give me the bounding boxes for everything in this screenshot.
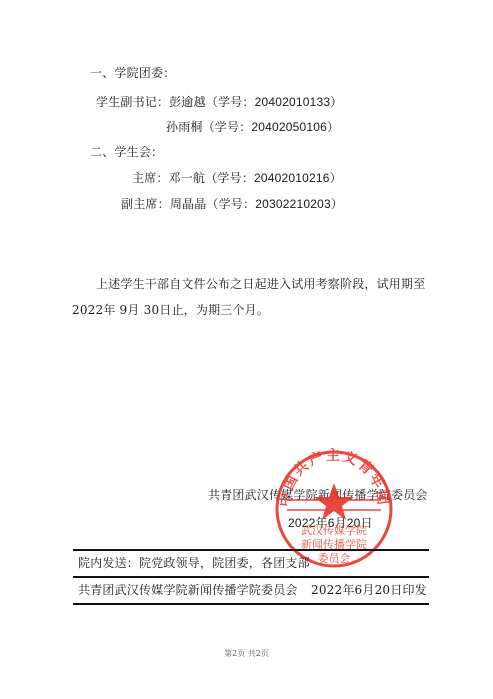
entry-name: 彭逾越 <box>169 95 206 109</box>
entry-vice-president: 副主席：周晶晶（学号：20302210203） <box>121 197 343 211</box>
entry-close: ） <box>330 171 342 185</box>
distribution-issuer: 共青团武汉传媒学院新闻传播学院委员会 <box>78 583 298 597</box>
divider-bottom <box>73 603 429 605</box>
entry-deputy-secretary: 学生副书记：彭逾越（学号：20402010133） <box>96 95 342 109</box>
divider-top <box>73 549 429 551</box>
section-heading-college-league: 一、学院团委： <box>90 66 175 80</box>
seal-line-1: 武汉传媒学院 <box>301 523 367 537</box>
entry-deputy-secretary-2: 孙雨桐（学号：20402050106） <box>166 120 339 134</box>
entry-student-id: 20402050106 <box>251 120 327 134</box>
entry-close: ） <box>327 120 339 134</box>
distribution-issue-date: 2022年6月20日印发 <box>311 583 427 597</box>
entry-student-id: 20402010133 <box>255 95 331 109</box>
entry-id-label: （学号： <box>206 95 255 109</box>
body-paragraph-line-1: 上述学生干部自文件公布之日起进入试用考察阶段，试用期至 <box>96 277 425 291</box>
entry-id-label: （学号： <box>205 171 254 185</box>
section-heading-student-union: 二、学生会： <box>90 145 163 159</box>
entry-name: 周晶晶 <box>170 197 207 211</box>
entry-role: 学生副书记： <box>96 95 169 109</box>
divider-middle <box>73 576 429 578</box>
entry-id-label: （学号： <box>203 120 252 134</box>
entry-name: 孙雨桐 <box>166 120 203 134</box>
entry-close: ） <box>330 95 342 109</box>
entry-president: 主席：邓一航（学号：20402010216） <box>132 171 342 185</box>
entry-id-label: （学号： <box>206 197 255 211</box>
entry-close: ） <box>331 197 343 211</box>
seal-star-icon <box>314 483 354 520</box>
distribution-recipients: 院内发送：院党政领导，院团委，各团支部 <box>78 556 310 570</box>
entry-student-id: 20402010216 <box>254 171 330 185</box>
entry-student-id: 20302210203 <box>255 197 331 211</box>
entry-name: 邓一航 <box>169 171 206 185</box>
page-number: 第2页 共2页 <box>0 648 493 659</box>
entry-role: 主席： <box>132 171 169 185</box>
seal-line-3: 委员会 <box>318 551 351 565</box>
entry-role: 副主席： <box>121 197 170 211</box>
official-seal-stamp: 中国共产主义青年团 武汉传媒学院 新闻传播学院 委员会 <box>273 448 395 570</box>
body-paragraph-line-2: 2022年 9月 30日止，为期三个月。 <box>72 303 269 317</box>
